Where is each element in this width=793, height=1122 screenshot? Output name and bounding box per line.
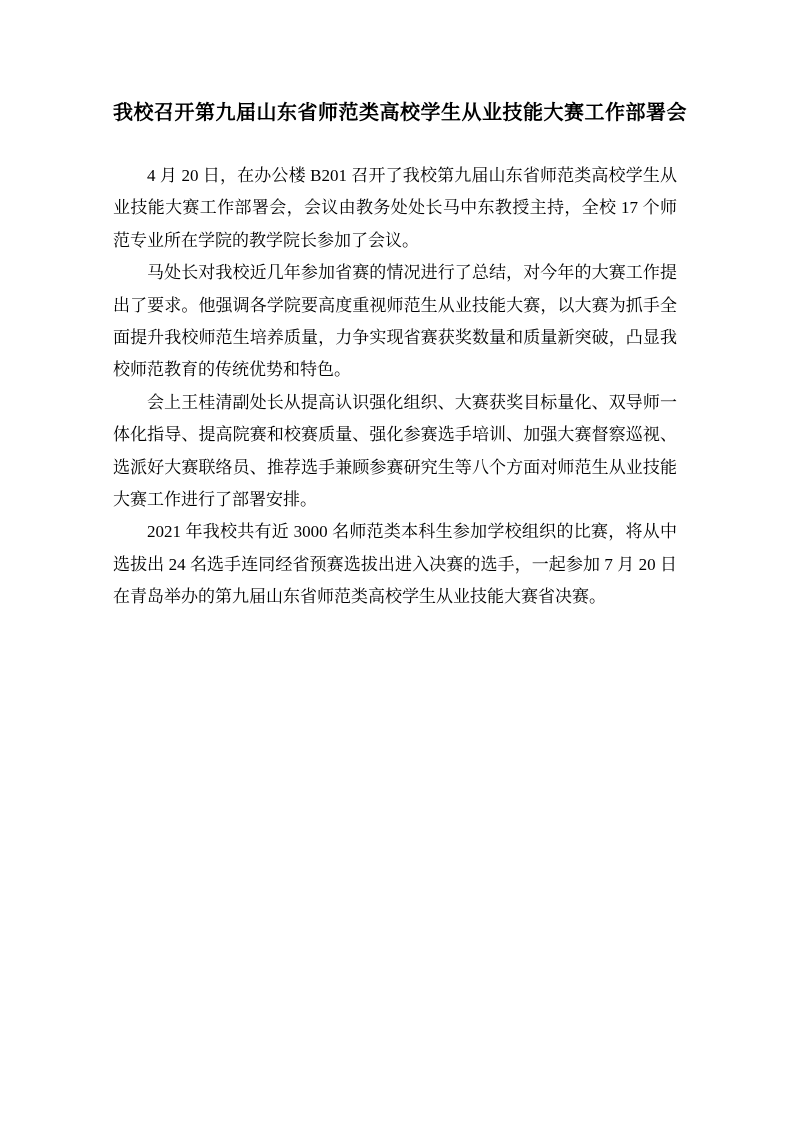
document-content: 我校召开第九届山东省师范类高校学生从业技能大赛工作部署会 4 月 20 日，在办… (0, 0, 793, 614)
paragraph-4: 2021 年我校共有近 3000 名师范类本科生参加学校组织的比赛，将从中选拔出… (113, 516, 677, 613)
document-title: 我校召开第九届山东省师范类高校学生从业技能大赛工作部署会 (113, 96, 677, 130)
paragraph-3: 会上王桂清副处长从提高认识强化组织、大赛获奖目标量化、双导师一体化指导、提高院赛… (113, 387, 677, 517)
paragraph-1: 4 月 20 日，在办公楼 B201 召开了我校第九届山东省师范类高校学生从业技… (113, 160, 677, 257)
document-page: 我校召开第九届山东省师范类高校学生从业技能大赛工作部署会 4 月 20 日，在办… (0, 0, 793, 1122)
paragraph-2: 马处长对我校近几年参加省赛的情况进行了总结，对今年的大赛工作提出了要求。他强调各… (113, 257, 677, 387)
